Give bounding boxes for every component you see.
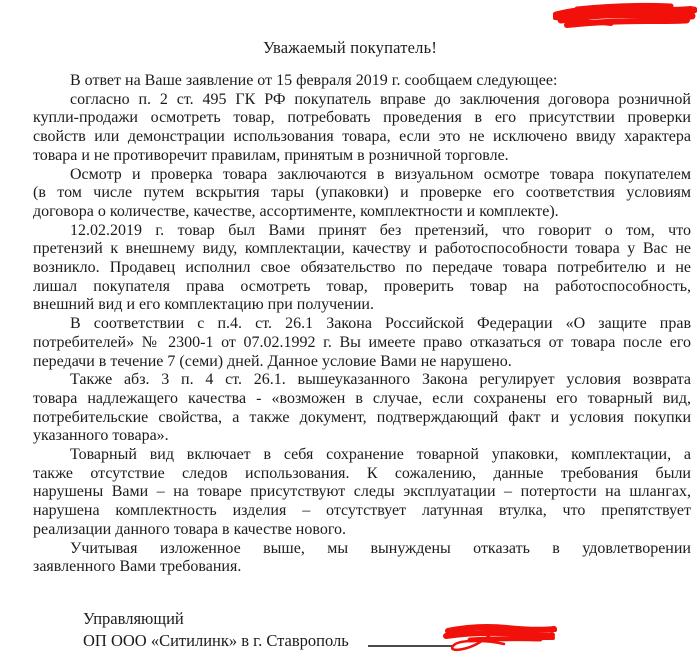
- letter-line: возникло. Продавец исполнил свое обязате…: [33, 259, 691, 278]
- letter-line: потребителей» № 2300-1 от 07.02.1992 г. …: [33, 334, 691, 353]
- letter-line: товара и не противоречит правилам, приня…: [33, 147, 691, 166]
- letter-line: также отсутствие следов использования. К…: [33, 465, 691, 484]
- letter-line: Также абз. 3 п. 4 ст. 26.1. вышеуказанно…: [33, 371, 691, 390]
- redaction-scribble-signature-icon: [442, 622, 558, 656]
- letter-line: нарушены Вами – на товаре присутствуют с…: [33, 483, 691, 502]
- letter-line: потребительские свойства, а также докуме…: [33, 409, 691, 428]
- letter-line: товара надлежащего качества - «возможен …: [33, 390, 691, 409]
- letter-page: Уважаемый покупатель! В ответ на Ваше за…: [0, 0, 700, 668]
- letter-line: В ответ на Ваше заявление от 15 февраля …: [33, 72, 691, 91]
- letter-line: лишал покупателя права осмотреть товар, …: [33, 278, 691, 297]
- signature-org: ОП ООО «Ситилинк» в г. Ставрополь: [83, 630, 349, 652]
- letter-line: Товарный вид включает в себя сохранение …: [33, 446, 691, 465]
- letter-line: свойств или демонстрации использования т…: [33, 128, 691, 147]
- letter-line: Осмотр и проверка товара заключаются в в…: [33, 166, 691, 185]
- signature-role: Управляющий: [83, 608, 349, 630]
- letter-line: заявленного Вами требования.: [33, 558, 691, 577]
- letter-line: претензий к внешнему виду, комплектации,…: [33, 240, 691, 259]
- signature-line: [368, 645, 453, 647]
- letter-line: Учитывая изложенное выше, мы вынуждены о…: [33, 540, 691, 559]
- letter-line: передачи в течение 7 (семи) дней. Данное…: [33, 353, 691, 372]
- letter-line: согласно п. 2 ст. 495 ГК РФ покупатель в…: [33, 91, 691, 110]
- letter-line: реализации данного товара в качестве нов…: [33, 521, 691, 540]
- letter-line: купли-продажи осмотреть товар, потребова…: [33, 109, 691, 128]
- letter-line: (в том числе путем вскрытия тары (упаков…: [33, 184, 691, 203]
- letter-line: указанного товара».: [33, 427, 691, 446]
- letter-line: внешний вид и его комплектацию при получ…: [33, 296, 691, 315]
- redaction-scribble-top-icon: [553, 2, 697, 30]
- letter-line: В соответствии с п.4. ст. 26.1 Закона Ро…: [33, 315, 691, 334]
- signature-block: Управляющий ОП ООО «Ситилинк» в г. Ставр…: [83, 608, 349, 652]
- letter-line: нарушена комплектность изделия – отсутст…: [33, 502, 691, 521]
- letter-body: В ответ на Ваше заявление от 15 февраля …: [33, 72, 691, 577]
- letter-line: 12.02.2019 г. товар был Вами принят без …: [33, 222, 691, 241]
- letter-line: договора о количестве, качестве, ассорти…: [33, 203, 691, 222]
- salutation-heading: Уважаемый покупатель!: [0, 38, 700, 58]
